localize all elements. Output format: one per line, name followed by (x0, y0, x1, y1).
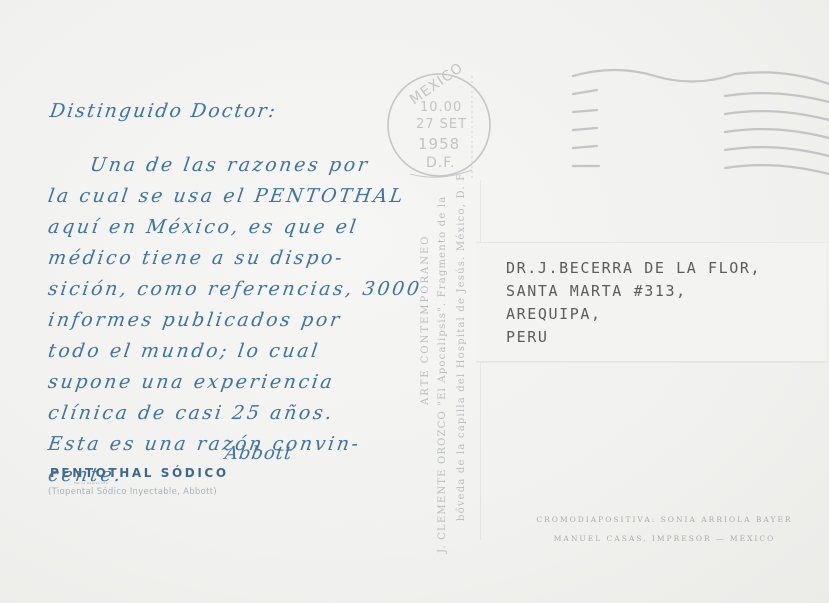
print-credits: CROMODIAPOSITIVA: SONIA ARRIOLA BAYER MA… (500, 510, 829, 548)
message-line: médico tiene a su dispo- (46, 243, 424, 274)
caption-title: ARTE CONTEMPORANEO (420, 235, 431, 405)
message-line: Una de las razones por (46, 150, 424, 181)
signature: Abbott (224, 443, 294, 464)
caption-line-2: bóveda de la capilla del Hospital de Jes… (456, 170, 467, 521)
message-line: aquí en México, es que el (46, 212, 424, 243)
message-line: todo el mundo; lo cual (46, 336, 424, 367)
postmark-year: 1958 (418, 135, 460, 153)
message-greeting: Distinguido Doctor: (48, 100, 278, 122)
postmark-district: D.F. (426, 155, 455, 171)
recipient-address: DR.J.BECERRA DE LA FLOR, SANTA MARTA #31… (506, 257, 761, 349)
message-body: Una de las razones por la cual se usa el… (46, 150, 419, 491)
address-line: DR.J.BECERRA DE LA FLOR, (506, 257, 761, 280)
address-line: PERU (506, 326, 761, 349)
postmark-time: 10.00 (420, 100, 462, 115)
message-line: la cual se usa el PENTOTHAL (46, 181, 424, 212)
cancellation-waves-icon (565, 62, 829, 182)
message-line: clínica de casi 25 años. (46, 398, 424, 429)
address-label: DR.J.BECERRA DE LA FLOR, SANTA MARTA #31… (476, 242, 826, 362)
postcard-back: Distinguido Doctor: Una de las razones p… (0, 0, 829, 603)
postmark-stamp: MEXICO 10.00 27 SET 1958 D.F. (380, 70, 498, 180)
message-line: sición, como referencias, 3000 (46, 274, 424, 305)
brand-name: PENTOTHAL SÓDICO (50, 466, 229, 480)
caption-line-1: J. CLEMENTE OROZCO "El Apocalipsis". Fra… (437, 196, 448, 553)
address-line: AREQUIPA, (506, 303, 761, 326)
message-line: informes publicados por (46, 305, 424, 336)
postmark-date: 27 SET (416, 117, 467, 132)
brand-description: (Tiopental Sódico Inyectable, Abbott) (48, 487, 217, 497)
address-line: SANTA MARTA #313, (506, 280, 761, 303)
credits-line-2: MANUEL CASAS, IMPRESOR — MÉXICO (500, 529, 829, 548)
cancellation-wave-lines (565, 62, 829, 182)
brand-registered-mark: Marca Registrada (74, 481, 108, 485)
message-line: supone una experiencia (46, 367, 424, 398)
credits-line-1: CROMODIAPOSITIVA: SONIA ARRIOLA BAYER (500, 510, 829, 529)
